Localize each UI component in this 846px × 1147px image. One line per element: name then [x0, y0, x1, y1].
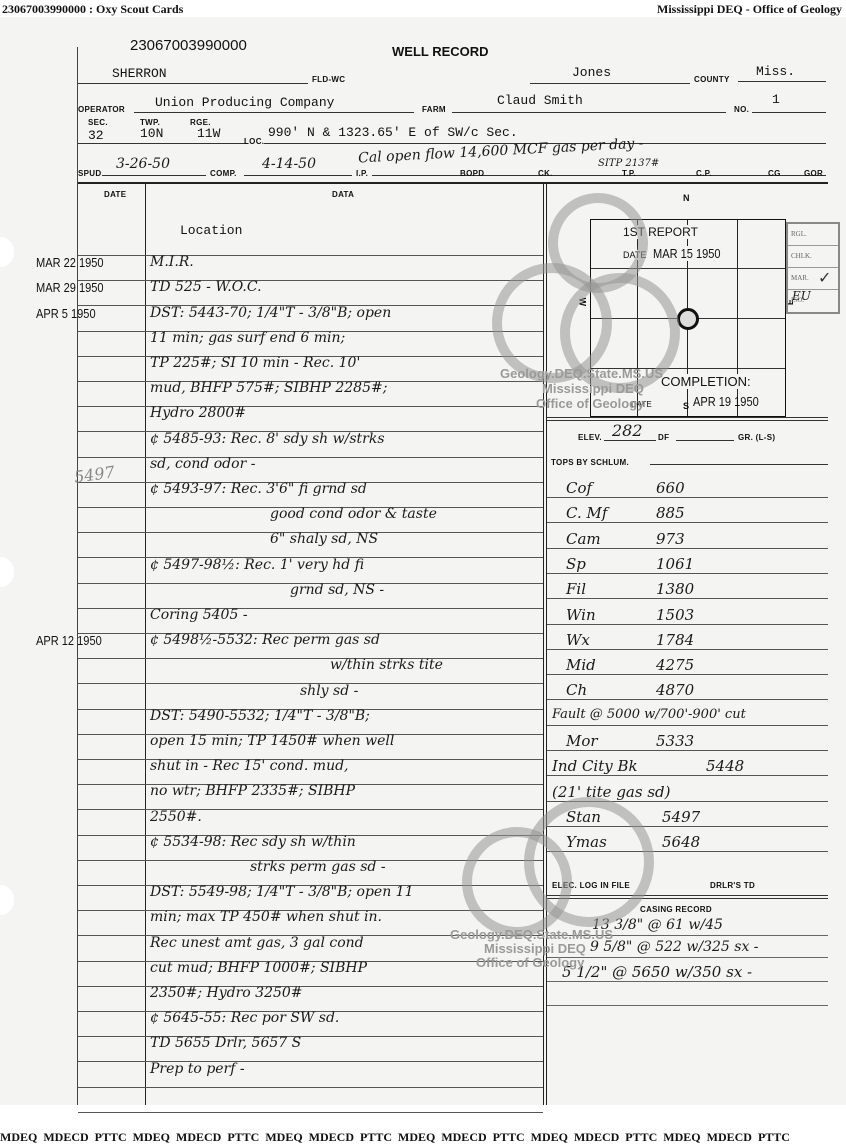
log-entry-text: ¢ 5498½-5532: Rec perm gas sd [150, 632, 380, 648]
county-value: Jones [572, 65, 611, 80]
completion-label: COMPLETION: [661, 374, 751, 389]
formation-depth: 1061 [656, 555, 694, 573]
formation-name: Fault @ 5000 w/700'-900' cut [552, 707, 746, 722]
log-entry-text: ¢ 5534-98: Rec sdy sh w/thin [150, 834, 356, 850]
formation-name: Win [566, 606, 596, 624]
log-date: APR 5 1950 [36, 306, 130, 321]
punch-hole [0, 557, 14, 587]
elev-label: ELEV. [578, 433, 602, 442]
watermark-text: Office of Geology [476, 955, 584, 970]
margin-line [77, 47, 78, 1105]
formation-name: Wx [566, 631, 590, 649]
compass-south: S [683, 401, 689, 411]
formation-name: Fil [566, 580, 586, 598]
formation-name: Cof [566, 479, 592, 497]
log-entry-text: ¢ 5485-93: Rec. 8' sdy sh w/strks [150, 431, 385, 447]
log-entry-text: min; max TP 450# when shut in. [150, 909, 382, 925]
casing-label: CASING RECORD [640, 905, 712, 914]
log-entry-text: TD 525 - W.O.C. [150, 279, 262, 295]
log-entry-text: ¢ 5497-98½: Rec. 1' very hd fi [150, 557, 364, 573]
footer-banner: MDEQ MDECD PTTC MDEQ MDECD PTTC MDEQ MDE… [0, 1130, 846, 1145]
gor-label: GOR [804, 169, 823, 178]
api-number: 23067003990000 [130, 37, 247, 54]
well-location-marker [677, 308, 699, 330]
log-entry-text: good cond odor & taste [270, 506, 437, 522]
field-label: FLD-WC [312, 75, 345, 84]
log-entry-text: DST: 5549-98; 1/4"T - 3/8"B; open 11 [150, 884, 413, 900]
status-checklist: RGL. CHLK. MAR.✓ ISO. [786, 222, 840, 314]
log-date: MAR 22 1950 [36, 255, 130, 270]
watermark-text: Geology.DEQ.State.MS.US [450, 927, 613, 942]
log-entry-text: ¢ 5493-97: Rec. 3'6" fi grnd sd [150, 481, 367, 497]
tp-label: T.P. [622, 169, 636, 178]
card-title: WELL RECORD [392, 44, 489, 59]
log-date: APR 12 1950 [36, 633, 130, 648]
county-label: COUNTY [694, 75, 730, 84]
punch-hole [0, 237, 14, 267]
status-item-chlk: CHLK. [788, 246, 838, 268]
bopd-label: BOPD [460, 169, 484, 178]
loc-value: 990' N & 1323.65' E of SW/c Sec. [268, 125, 518, 140]
log-entry-text: sd, cond odor - [150, 456, 255, 472]
log-entry-text: Coring 5405 - [150, 607, 248, 623]
twp-value: 10N [140, 126, 163, 141]
margin-note: 5497 [73, 462, 116, 486]
log-date: MAR 29 1950 [36, 280, 130, 295]
log-entry-text: mud, BHFP 575#; SIBHP 2285#; [150, 380, 387, 396]
number-label: NO. [734, 105, 749, 114]
sec-label: SEC. [88, 118, 108, 127]
rge-value: 11W [197, 126, 220, 141]
watermark-logo [524, 797, 654, 927]
sec-value: 32 [88, 128, 104, 143]
header-agency: Mississippi DEQ - Office of Geology [657, 2, 842, 17]
formation-name: C. Mf [566, 504, 607, 522]
punch-hole [0, 885, 14, 915]
formation-name: Cam [566, 530, 601, 548]
formation-name: Mid [566, 656, 596, 674]
log-entry-text: 6" shaly sd, NS [270, 531, 378, 547]
tops-label: TOPS BY SCHLUM. [551, 458, 629, 467]
comp-label: COMP. [210, 169, 237, 178]
log-entry-text: cut mud; BHFP 1000#; SIBHP [150, 960, 367, 976]
log-entry-text: 2550#. [150, 809, 202, 825]
ck-label: CK. [538, 169, 553, 178]
log-entry-text: ¢ 5645-55: Rec por SW sd. [150, 1010, 339, 1026]
log-entry-text: open 15 min; TP 1450# when well [150, 733, 394, 749]
log-entry-text: grnd sd, NS - [290, 582, 384, 598]
formation-depth: 4275 [656, 656, 694, 674]
log-entry-text: Rec unest amt gas, 3 gal cond [150, 935, 364, 951]
formation-depth: 1784 [656, 631, 694, 649]
formation-depth: 1380 [656, 580, 694, 598]
casing-item: 5 1/2" @ 5650 w/350 sx - [562, 963, 752, 981]
log-entry-text: Hydro 2800# [150, 405, 246, 421]
status-item-iso: ISO. [788, 290, 838, 311]
watermark-text: Mississippi DEQ [542, 381, 644, 396]
formation-depth: 5648 [662, 833, 700, 851]
spud-label: SPUD [78, 169, 101, 178]
log-entry-text: Prep to perf - [150, 1061, 245, 1077]
report-date: MAR 15 1950 [653, 246, 721, 261]
state-value: Miss. [756, 64, 795, 79]
df-label: DF [658, 433, 669, 442]
log-entry-text: DST: 5443-70; 1/4"T - 3/8"B; open [150, 305, 391, 321]
log-entry-text: DST: 5490-5532; 1/4"T - 3/8"B; [150, 708, 370, 724]
log-entry-text: shut in - Rec 15' cond. mud, [150, 758, 349, 774]
formation-name: (21' tite gas sd) [552, 783, 671, 801]
date-column-header: DATE [104, 190, 126, 199]
status-item-rgl: RGL. [788, 224, 838, 246]
loc-label: LOC. [244, 137, 264, 146]
gr-label: GR. (L-S) [738, 433, 775, 442]
completion-date: APR 19 1950 [693, 394, 759, 409]
formation-depth: 973 [656, 530, 685, 548]
compass-north: N [683, 193, 690, 203]
operator-label: OPERATOR [78, 105, 125, 114]
status-item-mar: MAR.✓ [788, 268, 838, 290]
drlr-td-label: DRLR'S TD [710, 881, 755, 890]
formation-depth: 885 [656, 504, 685, 522]
formation-depth: 5497 [662, 808, 700, 826]
watermark-text: Geology.DEQ.State.MS.US [500, 366, 663, 381]
log-entry-text: shly sd - [300, 683, 358, 699]
formation-name: Ch [566, 681, 587, 699]
formation-depth: 5448 [706, 757, 744, 775]
farm-value: Claud Smith [497, 93, 583, 108]
header-record-id: 23067003990000 : Oxy Scout Cards [2, 2, 183, 17]
log-entry-text: 11 min; gas surf end 6 min; [150, 330, 345, 346]
operator-value: Union Producing Company [155, 95, 334, 110]
spud-value: 3-26-50 [116, 156, 170, 172]
field-value: SHERRON [112, 66, 167, 81]
formation-depth: 4870 [656, 681, 694, 699]
log-entry-text: TD 5655 Drlr, 5657 S [150, 1035, 301, 1051]
formation-depth: 1503 [656, 606, 694, 624]
farm-label: FARM [422, 105, 446, 114]
formation-name: Sp [566, 555, 586, 573]
formation-name: Ind City Bk [552, 757, 638, 775]
watermark-text: Mississippi DEQ [484, 941, 586, 956]
ip-label: I.P. [356, 169, 368, 178]
location-label: Location [180, 223, 242, 238]
watermark-text: Office of Geology [536, 396, 644, 411]
checkmark-icon: ✓ [818, 268, 831, 289]
comp-value: 4-14-50 [262, 156, 316, 172]
log-entry-text: w/thin strks tite [330, 657, 443, 673]
cg-label: CG [768, 169, 781, 178]
log-entry-text: TP 225#; SI 10 min - Rec. 10' [150, 355, 360, 371]
formation-depth: 660 [656, 479, 685, 497]
elev-value: 282 [612, 421, 643, 440]
log-entry-text: no wtr; BHFP 2335#; SIBHP [150, 783, 355, 799]
formation-name: Mor [566, 732, 598, 750]
casing-item: 9 5/8" @ 522 w/325 sx - [590, 939, 759, 955]
page-header: 23067003990000 : Oxy Scout Cards Mississ… [0, 0, 846, 17]
formation-depth: 5333 [656, 732, 694, 750]
data-column-header: DATA [332, 190, 354, 199]
log-entry-text: 2350#; Hydro 3250# [150, 985, 303, 1001]
number-value: 1 [772, 92, 780, 107]
well-record-card: 23067003990000 WELL RECORD SHERRON FLD-W… [0, 17, 846, 1105]
log-entry-text: strks perm gas sd - [250, 859, 386, 875]
cp-label: C.P. [696, 169, 712, 178]
ip-extra: SITP 2137# [598, 158, 659, 169]
log-entry-text: M.I.R. [150, 254, 194, 270]
